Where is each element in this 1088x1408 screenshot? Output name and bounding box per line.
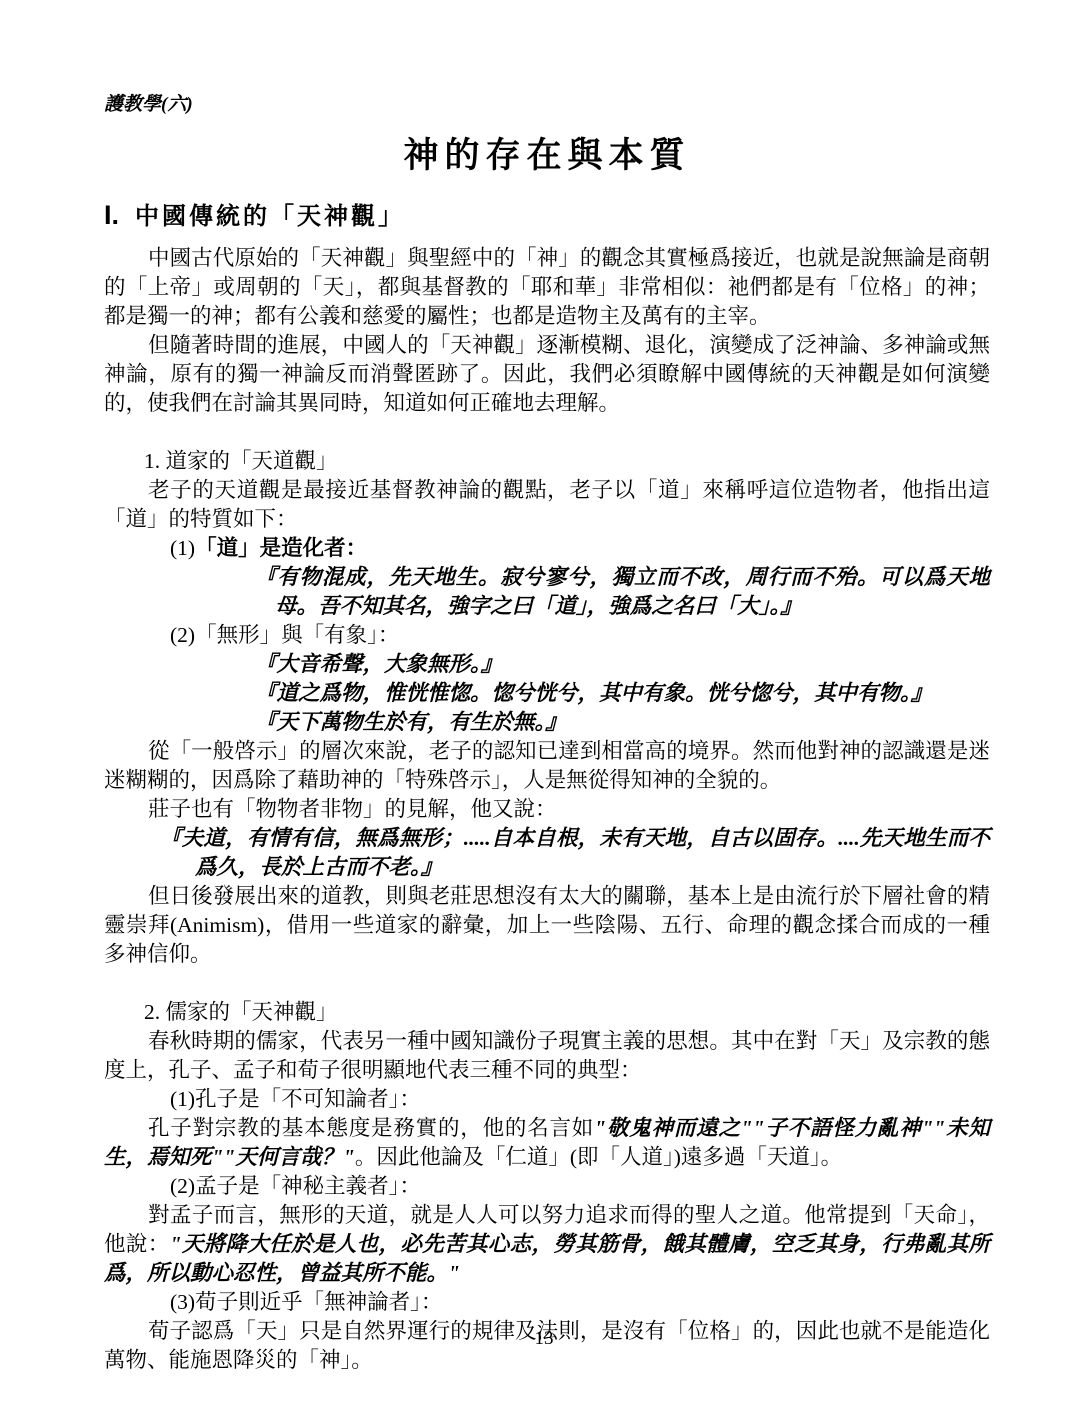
blank-line xyxy=(104,418,990,447)
section-numeral: I. xyxy=(104,200,119,230)
quote-line: 『有物混成，先天地生。寂兮寥兮，獨立而不改，周行而不殆。可以爲天地母。吾不知其名… xyxy=(104,563,990,621)
list-item: (1)「道」是造化者： xyxy=(170,534,990,563)
text-segment: (2)孟子是「神秘主義者」： xyxy=(170,1174,421,1198)
text-segment: 莊子也有「物物者非物」的見解，他又說： xyxy=(148,797,557,821)
section-heading: I.中國傳統的「天神觀」 xyxy=(104,200,990,232)
paragraph: 但隨著時間的進展，中國人的「天神觀」逐漸模糊、退化，演變成了泛神論、多神論或無神… xyxy=(104,331,990,418)
paragraph: 莊子也有「物物者非物」的見解，他又說： xyxy=(104,795,990,824)
text-segment: (1) xyxy=(170,536,195,560)
text-segment: 。因此他論及「仁道」(即「人道」)遠多過「天道」。 xyxy=(355,1145,842,1169)
text-segment: 2. 儒家的「天神觀」 xyxy=(144,1000,338,1024)
quote-line: 『天下萬物生於有，有生於無。』 xyxy=(104,708,990,737)
sub-heading: 2. 儒家的「天神觀」 xyxy=(144,998,990,1027)
text-segment: 『道之爲物，惟恍惟惚。惚兮恍兮，其中有象。恍兮惚兮，其中有物。』 xyxy=(255,681,932,705)
paragraph: 從「一般啓示」的層次來說，老子的認知已達到相當高的境界。然而他對神的認識還是迷迷… xyxy=(104,737,990,795)
paragraph: 老子的天道觀是最接近基督教神論的觀點，老子以「道」來稱呼這位造物者，他指出這「道… xyxy=(104,476,990,534)
text-segment: (1)孔子是「不可知論者」： xyxy=(170,1087,421,1111)
sub-heading: 1. 道家的「天道觀」 xyxy=(144,447,990,476)
text-segment: 『大音希聲，大象無形。』 xyxy=(255,652,502,676)
list-item: (3)荀子則近乎「無神論者」： xyxy=(170,1288,990,1317)
quote-line: 『道之爲物，惟恍惟惚。惚兮恍兮，其中有象。恍兮惚兮，其中有物。』 xyxy=(104,679,990,708)
page-number: 13 xyxy=(0,1328,1088,1350)
document-page: 護教學(六) 神的存在與本質 I.中國傳統的「天神觀」 中國古代原始的「天神觀」… xyxy=(0,0,1088,1408)
text-segment: 老子的天道觀是最接近基督教神論的觀點，老子以「道」來稱呼這位造物者，他指出這「道… xyxy=(104,478,990,531)
list-item: (2)孟子是「神秘主義者」： xyxy=(170,1172,990,1201)
course-header: 護教學(六) xyxy=(104,94,990,116)
paragraph: 孔子對宗教的基本態度是務實的，他的名言如"敬鬼神而遠之""子不語怪力亂神""未知… xyxy=(104,1114,990,1172)
quote-line: 『大音希聲，大象無形。』 xyxy=(104,650,990,679)
text-segment: 但日後發展出來的道教，則與老莊思想沒有太大的關聯，基本上是由流行於下層社會的精靈… xyxy=(104,884,990,966)
list-item: (1)孔子是「不可知論者」： xyxy=(170,1085,990,1114)
paragraph: 中國古代原始的「天神觀」與聖經中的「神」的觀念其實極爲接近，也就是說無論是商朝的… xyxy=(104,244,990,331)
list-item: (2)「無形」與「有象」： xyxy=(170,621,990,650)
paragraph: 但日後發展出來的道教，則與老莊思想沒有太大的關聯，基本上是由流行於下層社會的精靈… xyxy=(104,882,990,969)
quote-line: 『夫道，有情有信，無爲無形；.....自本自根，未有天地，自古以固存。....先… xyxy=(104,824,990,882)
text-segment: 「道」是造化者： xyxy=(195,536,367,560)
page-title: 神的存在與本質 xyxy=(104,136,990,176)
blank-line xyxy=(104,969,990,998)
text-segment: "天將降大任於是人也，必先苦其心志，勞其筋骨，餓其體膚，空乏其身，行弗亂其所爲，… xyxy=(104,1232,990,1285)
text-segment: 『有物混成，先天地生。寂兮寥兮，獨立而不改，周行而不殆。可以爲天地母。吾不知其名… xyxy=(255,565,990,618)
text-segment: 中國古代原始的「天神觀」與聖經中的「神」的觀念其實極爲接近，也就是說無論是商朝的… xyxy=(104,246,990,328)
section-heading-text: 中國傳統的「天神觀」 xyxy=(135,204,405,230)
text-segment: (2)「無形」與「有象」： xyxy=(170,623,399,647)
text-segment: 春秋時期的儒家，代表另一種中國知識份子現實主義的思想。其中在對「天」及宗教的態度… xyxy=(104,1029,990,1082)
text-segment: 『夫道，有情有信，無爲無形；.....自本自根，未有天地，自古以固存。....先… xyxy=(160,826,990,879)
paragraph: 對孟子而言，無形的天道，就是人人可以努力追求而得的聖人之道。他常提到「天命」，他… xyxy=(104,1201,990,1288)
document-body: 中國古代原始的「天神觀」與聖經中的「神」的觀念其實極爲接近，也就是說無論是商朝的… xyxy=(104,244,990,1375)
text-segment: (3)荀子則近乎「無神論者」： xyxy=(170,1290,442,1314)
text-segment: 孔子對宗教的基本態度是務實的，他的名言如 xyxy=(148,1116,594,1140)
text-segment: 『天下萬物生於有，有生於無。』 xyxy=(255,710,567,734)
text-segment: 從「一般啓示」的層次來說，老子的認知已達到相當高的境界。然而他對神的認識還是迷迷… xyxy=(104,739,990,792)
text-segment: 1. 道家的「天道觀」 xyxy=(144,449,338,473)
text-segment: 但隨著時間的進展，中國人的「天神觀」逐漸模糊、退化，演變成了泛神論、多神論或無神… xyxy=(104,333,990,415)
paragraph: 春秋時期的儒家，代表另一種中國知識份子現實主義的思想。其中在對「天」及宗教的態度… xyxy=(104,1027,990,1085)
